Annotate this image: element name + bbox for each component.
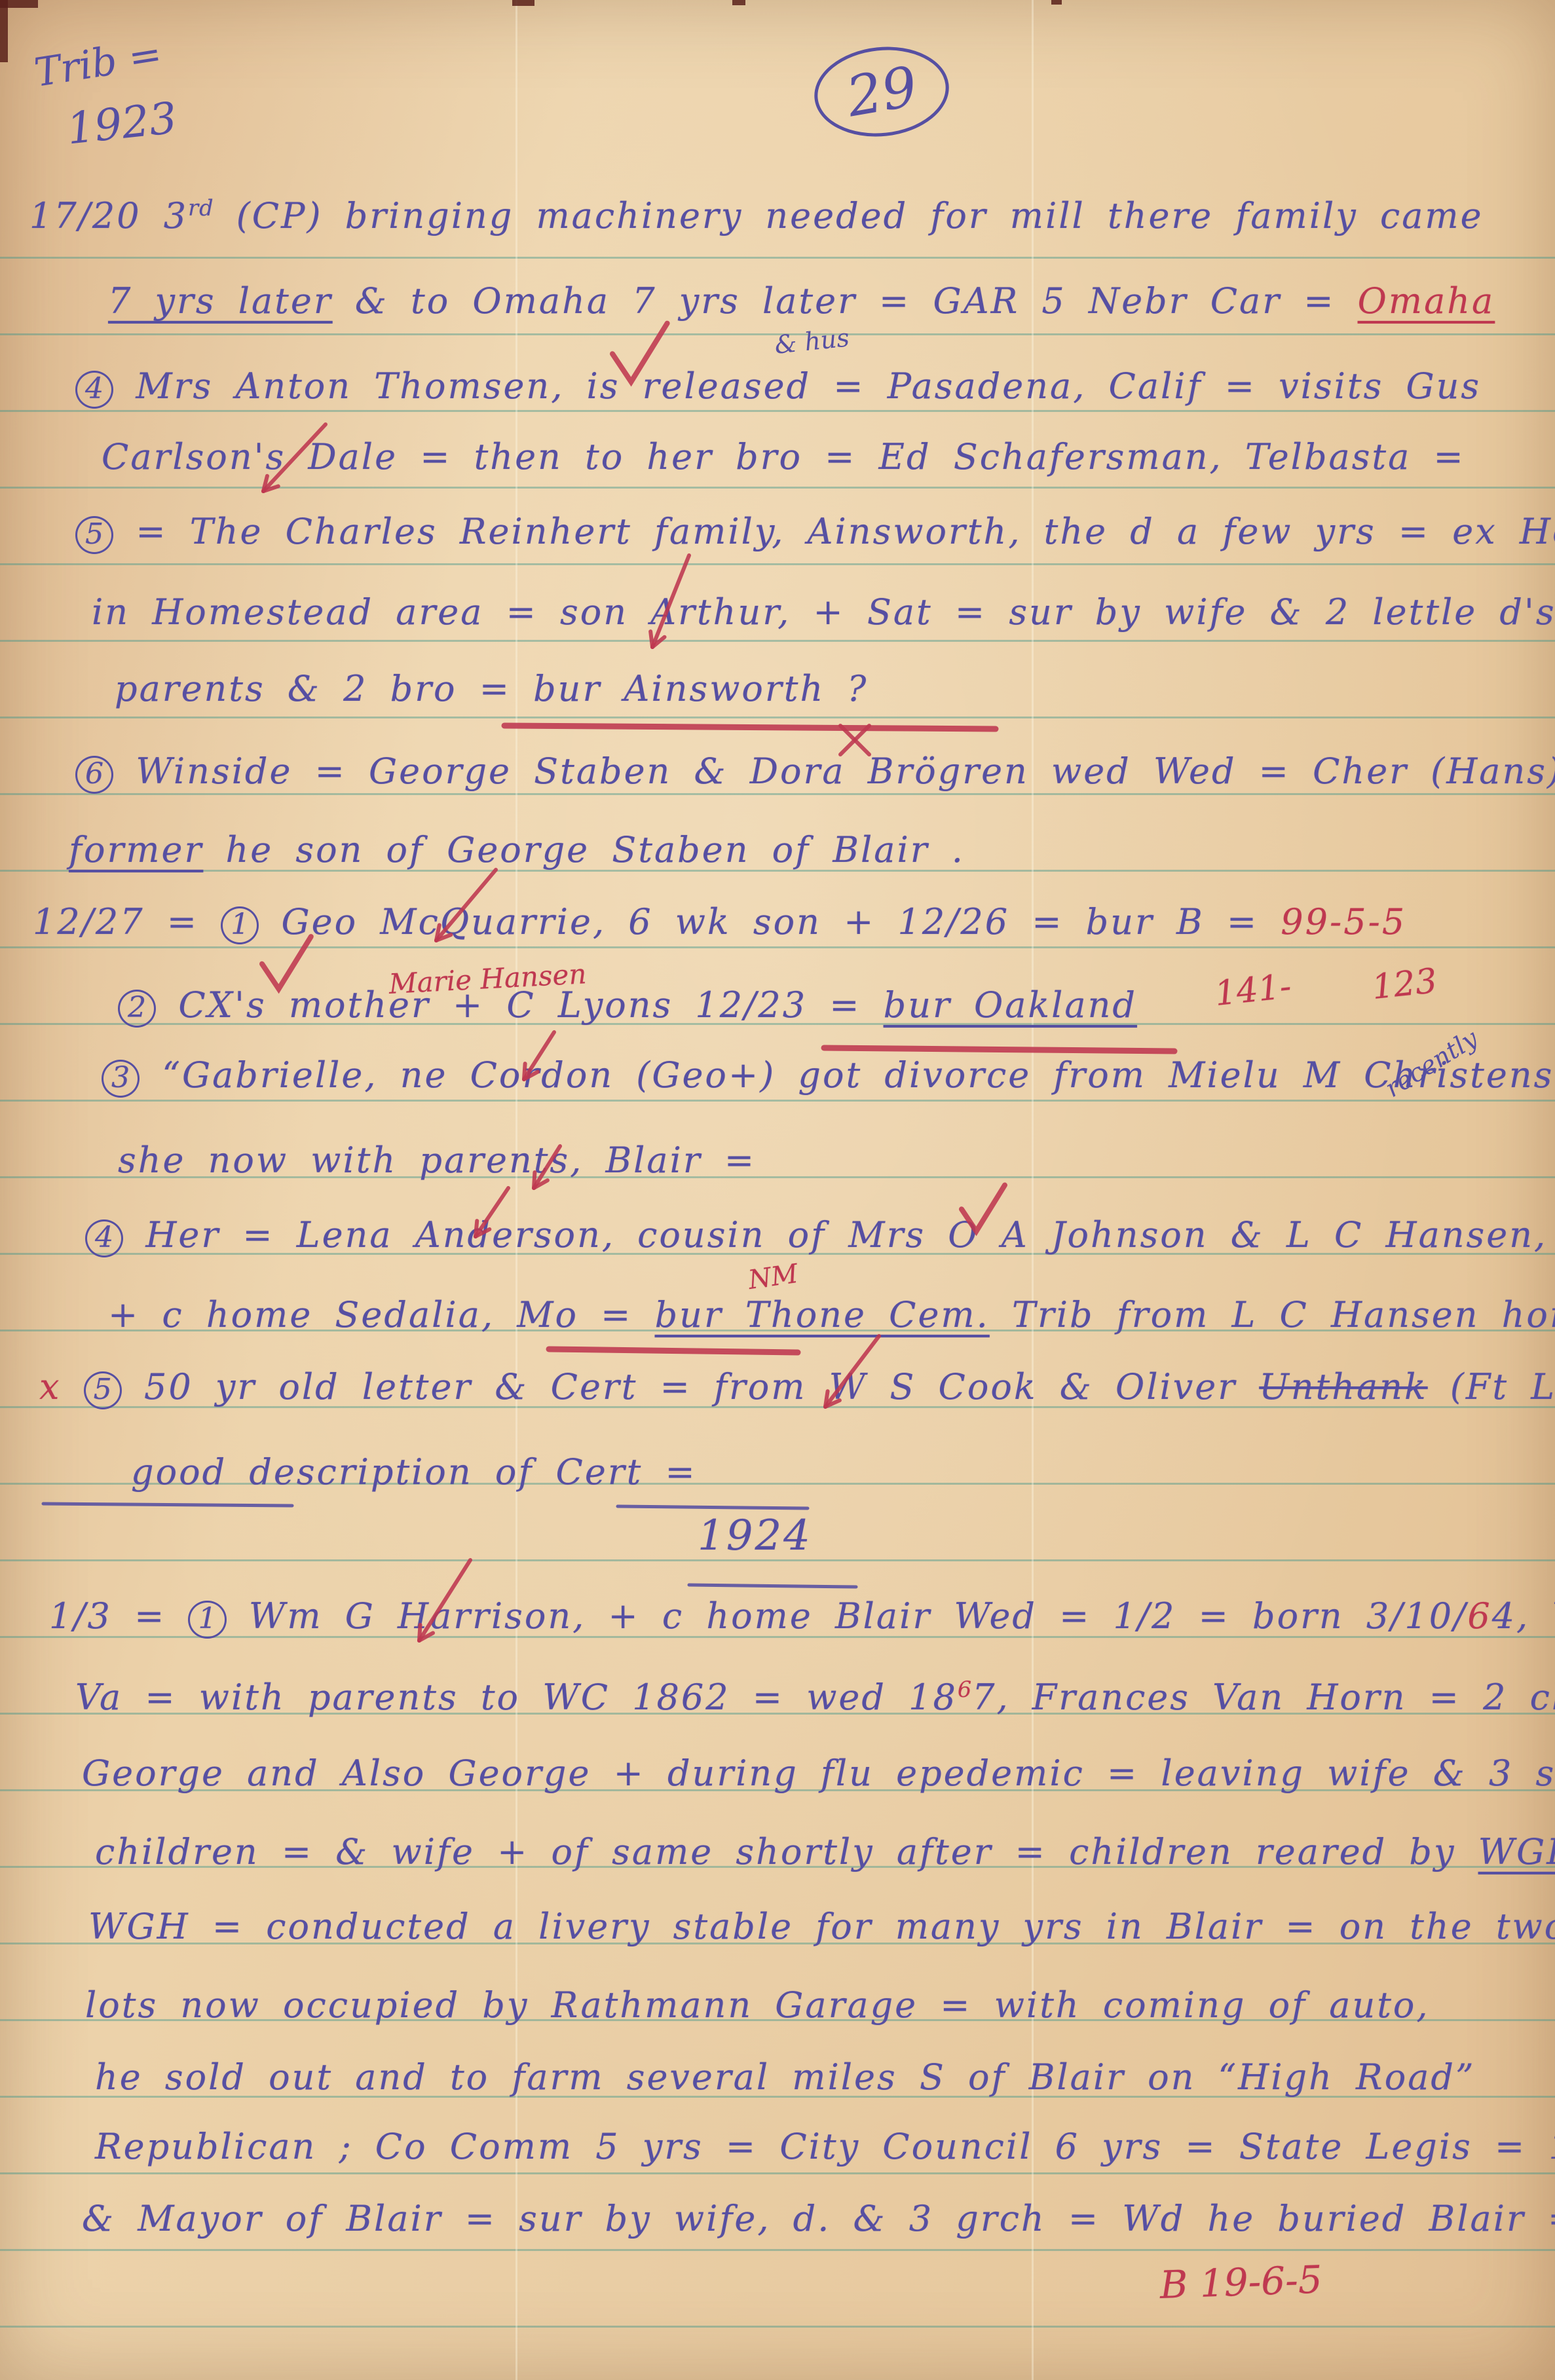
blue-underline-annotation (689, 1585, 856, 1587)
red-annotation-text: 141- (1213, 967, 1293, 1014)
handwritten-line: 17/20 3rd (CP) bringing machinery needed… (29, 196, 1484, 235)
red-annotation-text: 123 (1370, 961, 1439, 1007)
blue-ink-text: Va = with parents to WC 1862 = wed 18 (75, 1677, 958, 1718)
handwritten-line: 4 Mrs Anton Thomsen, is released = Pasad… (75, 367, 1481, 409)
red-ink-text: Omaha (1358, 280, 1495, 322)
blue-ink-text: 12/27 = (33, 901, 221, 942)
red-ink-text: 6 (958, 1677, 972, 1702)
handwritten-line: x 5 50 yr old letter & Cert = from W S C… (39, 1367, 1555, 1409)
red-arrowhead (263, 476, 267, 491)
blue-ink-text: + c home Sedalia, Mo = (108, 1294, 655, 1335)
handwritten-line: 5 = The Charles Reinhert family, Ainswor… (75, 512, 1555, 554)
blue-ink-text: children = & wife + of same shortly afte… (95, 1831, 1478, 1872)
blue-ink-text: & to Omaha 7 yrs later = GAR 5 Nebr Car … (333, 280, 1358, 322)
page-number: 29 (842, 54, 922, 129)
handwritten-line: & Mayor of Blair = sur by wife, d. & 3 g… (82, 2199, 1555, 2238)
blue-ink-text: 7, Frances Van Horn = 2 ch born (972, 1677, 1555, 1718)
blue-ink-text: 17/20 3 (29, 195, 188, 236)
blue-ink-text: lots now occupied by Rathmann Garage = w… (85, 1984, 1430, 2026)
blue-ink-text: bur Thone Cem. (655, 1294, 990, 1335)
blue-ink-text: (CP) bringing machinery needed for mill … (214, 195, 1484, 236)
handwritten-line: + c home Sedalia, Mo = bur Thone Cem. Tr… (108, 1295, 1555, 1334)
blue-ink-text: parents & 2 bro = bur Ainsworth ? (115, 668, 868, 709)
handwritten-line: former he son of George Staben of Blair … (69, 830, 965, 869)
blue-ink-text: 1 (188, 1601, 226, 1639)
handwritten-line: 2 CX's mother + C Lyons 12/23 = bur Oakl… (118, 986, 1137, 1028)
red-ink-text: 6 (1467, 1595, 1491, 1637)
blue-ink-text: rd (188, 195, 214, 221)
handwritten-line: WGH = conducted a livery stable for many… (88, 1907, 1555, 1946)
blue-ink-text: George and Also George + during flu eped… (82, 1753, 1555, 1794)
handwritten-line: George and Also George + during flu eped… (82, 1754, 1555, 1793)
blue-ink-text: 50 yr old letter & Cert = from W S Cook … (122, 1366, 1259, 1407)
handwritten-line: parents & 2 bro = bur Ainsworth ? (115, 669, 868, 708)
handwritten-line: Va = with parents to WC 1862 = wed 1867,… (75, 1678, 1555, 1717)
handwritten-line: Carlson's Dale = then to her bro = Ed Sc… (102, 437, 1465, 476)
blue-annotation-text: & hus (773, 323, 850, 360)
handwritten-line: in Homestead area = son Arthur, + Sat = … (92, 593, 1555, 631)
blue-underline-annotation (43, 1504, 292, 1506)
blue-ink-text: = The Charles Reinhert family, Ainsworth… (113, 511, 1555, 552)
handwritten-line: 6 Winside = George Staben & Dora Brögren… (75, 752, 1555, 794)
year-label: 1923 (64, 92, 179, 154)
source-label: Trib = (31, 31, 165, 96)
red-arrowhead (652, 637, 665, 647)
blue-ink-text: Trib from L C Hansen home. (990, 1294, 1555, 1335)
red-underline-annotation (824, 1048, 1174, 1051)
blue-ink-text: 7 yrs later (108, 280, 333, 322)
blue-ink-text: 4 (75, 371, 113, 409)
blue-ink-text: he son of George Staben of Blair . (203, 829, 965, 870)
blue-ink-text: he sold out and to farm several miles S … (95, 2056, 1476, 2098)
blue-ink-text: Her = Lena Anderson, cousin of Mrs O A J… (123, 1214, 1555, 1255)
handwritten-line: 3 “Gabrielle, ne Cordon (Geo+) got divor… (102, 1056, 1555, 1098)
red-ink-text: x (39, 1366, 84, 1407)
blue-ink-text: bur Oakland (884, 984, 1137, 1026)
blue-ink-text: “Gabrielle, ne Cordon (Geo+) got divorce… (140, 1054, 1555, 1096)
red-ink-text: 99-5-5 (1281, 901, 1406, 942)
blue-ink-text: Republican ; Co Comm 5 yrs = City Counci… (95, 2126, 1555, 2167)
blue-ink-text: Unthank (1259, 1366, 1427, 1407)
blue-ink-text: (Ft Laramie = (1428, 1366, 1555, 1407)
blue-ink-text: 1924 (698, 1512, 812, 1560)
red-underline-annotation (504, 726, 996, 729)
blue-ink-text: good description of Cert = (131, 1451, 697, 1493)
blue-underline-annotation (618, 1506, 808, 1508)
red-annotation-text: NM (747, 1259, 800, 1295)
handwritten-line: he sold out and to farm several miles S … (95, 2058, 1476, 2096)
handwritten-line: 4 Her = Lena Anderson, cousin of Mrs O A… (85, 1216, 1555, 1257)
blue-ink-text: she now with parents, Blair = (118, 1140, 756, 1181)
blue-ink-text: 1 (221, 906, 259, 944)
notebook-page: Trib = 1923 29 17/20 3rd (CP) bringing m… (0, 0, 1555, 2380)
blue-ink-text: Wm G Harrison, + c home Blair Wed = 1/2 … (227, 1595, 1468, 1637)
handwritten-line: 1924 (698, 1513, 812, 1559)
blue-ink-text: 4 (85, 1219, 123, 1257)
blue-ink-text: 3 (102, 1060, 140, 1098)
red-arrowhead (650, 631, 652, 647)
blue-ink-text: 2 (118, 990, 156, 1028)
handwritten-line: Republican ; Co Comm 5 yrs = City Counci… (95, 2127, 1555, 2166)
blue-ink-text: WGH = conducted a livery stable for many… (88, 1906, 1555, 1947)
blue-ink-text: Geo McQuarrie, 6 wk son + 12/26 = bur B … (259, 901, 1281, 942)
handwritten-line: 7 yrs later & to Omaha 7 yrs later = GAR… (108, 282, 1495, 320)
blue-ink-text: 1/3 = (49, 1595, 188, 1637)
red-arrowhead (534, 1180, 548, 1188)
blue-ink-text: 6 (75, 756, 113, 794)
blue-ink-text: 4, Wythe Co, (1492, 1595, 1555, 1637)
handwritten-line: lots now occupied by Rathmann Garage = w… (85, 1986, 1430, 2024)
blue-ink-text: former (69, 829, 203, 870)
blue-ink-text: & Mayor of Blair = sur by wife, d. & 3 g… (82, 2198, 1555, 2239)
page-number-circle: 29 (810, 41, 953, 143)
handwritten-line: good description of Cert = (131, 1453, 697, 1491)
handwritten-line: 12/27 = 1 Geo McQuarrie, 6 wk son + 12/2… (33, 902, 1406, 944)
blue-ink-text: in Homestead area = son Arthur, + Sat = … (92, 591, 1555, 633)
blue-ink-text: 5 (84, 1371, 122, 1409)
handwritten-line: 1/3 = 1 Wm G Harrison, + c home Blair We… (49, 1597, 1555, 1639)
blue-ink-text: 5 (75, 516, 113, 554)
blue-ink-text: WGH wife (1478, 1831, 1555, 1872)
red-arrowhead (263, 486, 278, 491)
footer-code: B 19-6-5 (1159, 2257, 1323, 2307)
handwritten-line: she now with parents, Blair = (118, 1141, 756, 1180)
red-underline-annotation (549, 1349, 798, 1352)
blue-ink-text: Carlson's Dale = then to her bro = Ed Sc… (102, 436, 1465, 477)
blue-ink-text: Mrs Anton Thomsen, is released = Pasaden… (113, 365, 1481, 407)
blue-ink-text: Winside = George Staben & Dora Brögren w… (113, 751, 1555, 792)
handwritten-line: children = & wife + of same shortly afte… (95, 1832, 1555, 1871)
